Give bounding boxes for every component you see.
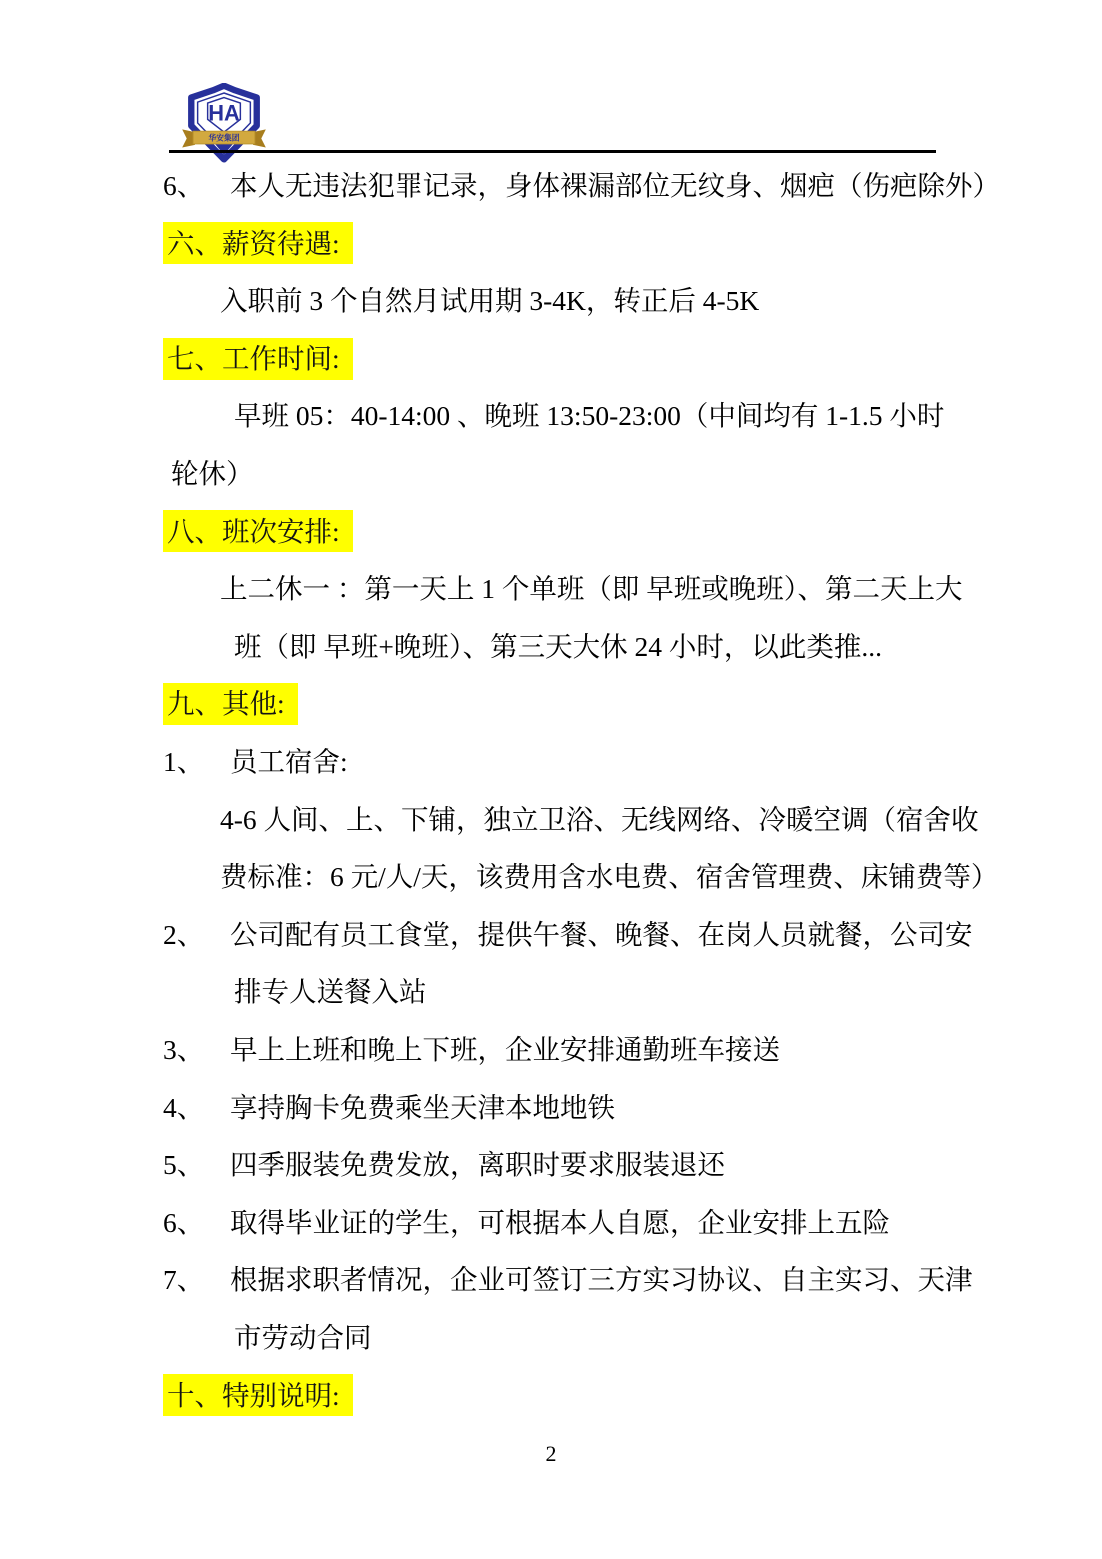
line-text: 费标准：6 元/人/天，该费用含水电费、宿舍管理费、床铺费等） [220, 863, 998, 891]
line-text: 上二休一 ：第一天上 1 个单班（即 早班或晚班）、第二天上大 [220, 575, 963, 603]
logo-monogram: HA [208, 100, 240, 125]
list-item: 2、公司配有员工食堂，提供午餐、晚餐、在岗人员就餐，公司安 [163, 906, 1008, 964]
list-item: 6、本人无违法犯罪记录，身体裸漏部位无纹身、烟疤（伤疤除外） [163, 157, 1008, 215]
line-text: 入职前 3 个自然月试用期 3-4K，转正后 4-5K [220, 287, 759, 315]
body-line: 班（即 早班+晚班）、第三天大休 24 小时，以此类推... [163, 618, 1008, 676]
list-number: 1、 [163, 748, 230, 776]
line-text: 排专人送餐入站 [234, 978, 427, 1006]
line-text: 享持胸卡免费乘坐天津本地地铁 [230, 1094, 615, 1122]
section-heading-row: 七、工作时间: [163, 330, 1008, 388]
list-item: 4、享持胸卡免费乘坐天津本地地铁 [163, 1079, 1008, 1137]
list-number: 5、 [163, 1151, 230, 1179]
line-text: 4-6 人间、上、下铺，独立卫浴、无线网络、冷暖空调（宿舍收 [220, 806, 979, 834]
body-line: 上二休一 ：第一天上 1 个单班（即 早班或晚班）、第二天上大 [163, 560, 1008, 618]
list-number: 4、 [163, 1094, 230, 1122]
logo-banner-text: 华安集团 [209, 133, 240, 143]
section-heading: 八、班次安排: [163, 510, 353, 552]
list-item: 7、根据求职者情况，企业可签订三方实习协议、自主实习、天津 [163, 1251, 1008, 1309]
body-line: 4-6 人间、上、下铺，独立卫浴、无线网络、冷暖空调（宿舍收 [163, 791, 1008, 849]
body-line: 排专人送餐入站 [163, 963, 1008, 1021]
list-item: 5、四季服装免费发放，离职时要求服装退还 [163, 1136, 1008, 1194]
list-number: 6、 [163, 1209, 230, 1237]
section-heading: 六、薪资待遇: [163, 222, 353, 264]
page-number: 2 [0, 1441, 1102, 1467]
line-text: 公司配有员工食堂，提供午餐、晚餐、在岗人员就餐，公司安 [230, 921, 973, 949]
body-line: 费标准：6 元/人/天，该费用含水电费、宿舍管理费、床铺费等） [163, 848, 1008, 906]
body-line: 市劳动合同 [163, 1309, 1008, 1367]
document-body: 6、本人无违法犯罪记录，身体裸漏部位无纹身、烟疤（伤疤除外）六、薪资待遇:入职前… [163, 157, 1008, 1424]
document-page: HA 华安集团 6、本人无违法犯罪记录，身体裸漏部位无纹身、烟疤（伤疤除外）六、… [0, 0, 1102, 1559]
body-line: 早班 05：40-14:00 、晚班 13:50-23:00（中间均有 1-1.… [163, 387, 1008, 445]
section-heading: 九、其他: [163, 683, 298, 725]
line-text: 班（即 早班+晚班）、第三天大休 24 小时，以此类推... [234, 633, 882, 661]
list-number: 6、 [163, 172, 230, 200]
header-rule [169, 150, 936, 153]
line-text: 早上上班和晚上下班，企业安排通勤班车接送 [230, 1036, 780, 1064]
section-heading-row: 十、特别说明: [163, 1366, 1008, 1424]
line-text: 市劳动合同 [234, 1324, 372, 1352]
list-number: 7、 [163, 1266, 230, 1294]
section-heading-row: 九、其他: [163, 675, 1008, 733]
line-text: 取得毕业证的学生，可根据本人自愿，企业安排上五险 [230, 1209, 890, 1237]
list-number: 3、 [163, 1036, 230, 1064]
body-line: 入职前 3 个自然月试用期 3-4K，转正后 4-5K [163, 272, 1008, 330]
line-text: 四季服装免费发放，离职时要求服装退还 [230, 1151, 725, 1179]
section-heading-row: 六、薪资待遇: [163, 215, 1008, 273]
list-number: 2、 [163, 921, 230, 949]
line-text: 本人无违法犯罪记录，身体裸漏部位无纹身、烟疤（伤疤除外） [230, 172, 1000, 200]
list-item: 6、取得毕业证的学生，可根据本人自愿，企业安排上五险 [163, 1194, 1008, 1252]
line-text: 早班 05：40-14:00 、晚班 13:50-23:00（中间均有 1-1.… [234, 402, 944, 430]
list-item: 1、员工宿舍: [163, 733, 1008, 791]
line-text: 根据求职者情况，企业可签订三方实习协议、自主实习、天津 [230, 1266, 973, 1294]
section-heading: 十、特别说明: [163, 1374, 353, 1416]
section-heading: 七、工作时间: [163, 338, 353, 380]
line-text: 轮休） [171, 460, 254, 488]
line-text: 员工宿舍: [230, 748, 348, 776]
section-heading-row: 八、班次安排: [163, 503, 1008, 561]
body-line: 轮休） [163, 445, 1008, 503]
list-item: 3、早上上班和晚上下班，企业安排通勤班车接送 [163, 1021, 1008, 1079]
